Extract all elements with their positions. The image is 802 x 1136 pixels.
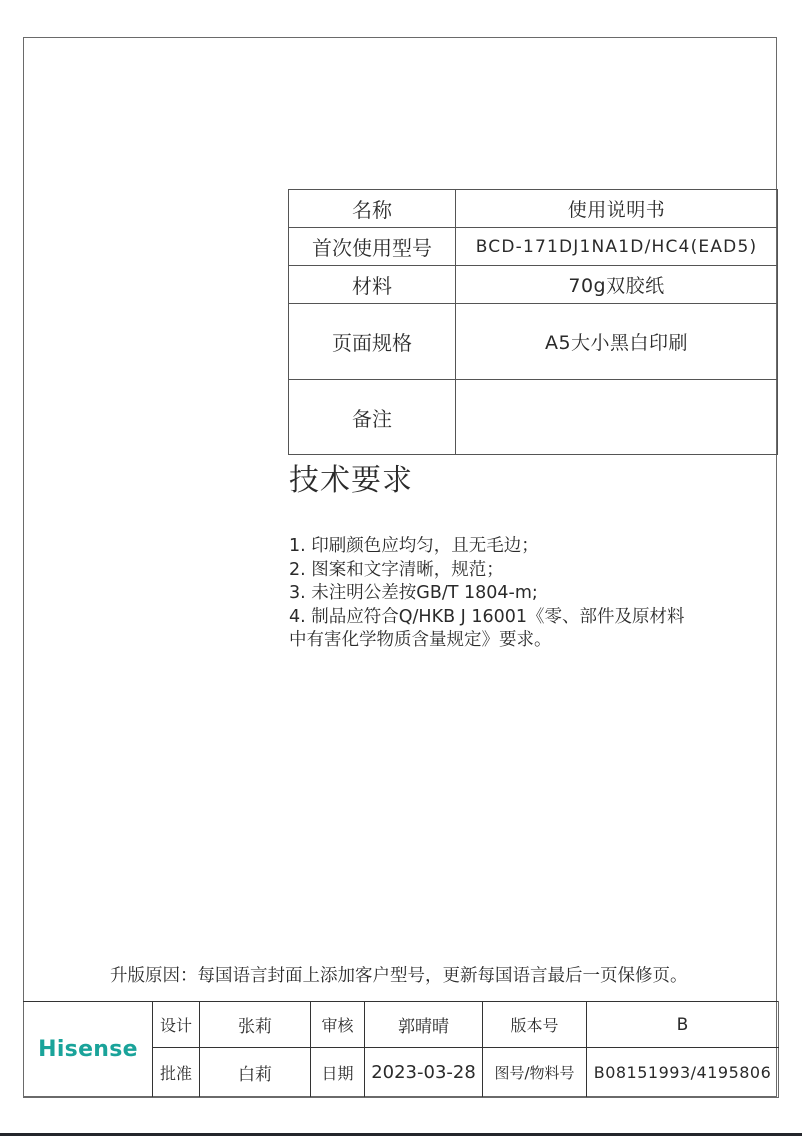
tech-requirements-list: 1. 印刷颜色应均匀，且无毛边； 2. 图案和文字清晰，规范； 3. 未注明公差… [289,535,749,653]
spec-value: 使用说明书 [456,190,778,228]
spec-row-model: 首次使用型号 BCD-171DJ1NA1D/HC4(EAD5) [289,228,778,266]
spec-row-material: 材料 70g双胶纸 [289,266,778,304]
version-value: B [587,1002,779,1048]
spec-label: 页面规格 [289,304,456,380]
spec-label: 材料 [289,266,456,304]
spec-value [456,380,778,455]
spec-label: 首次使用型号 [289,228,456,266]
title-block: Hisense 设计 张莉 审核 郭晴晴 版本号 B 批准 白莉 日期 2023… [23,1001,779,1098]
spec-value: 70g双胶纸 [456,266,778,304]
spec-value: A5大小黑白印刷 [456,304,778,380]
spec-label: 名称 [289,190,456,228]
date-label: 日期 [311,1048,365,1098]
spec-row-page-spec: 页面规格 A5大小黑白印刷 [289,304,778,380]
spec-table: 名称 使用说明书 首次使用型号 BCD-171DJ1NA1D/HC4(EAD5)… [288,189,778,455]
version-label: 版本号 [483,1002,587,1048]
approve-value: 白莉 [200,1048,311,1098]
list-item: 4. 制品应符合Q/HKB J 16001《零、部件及原材料 [289,606,749,630]
hisense-logo: Hisense [38,1037,138,1062]
list-item: 3. 未注明公差按GB/T 1804-m; [289,582,749,606]
spec-label: 备注 [289,380,456,455]
date-value: 2023-03-28 [365,1048,483,1098]
spec-value: BCD-171DJ1NA1D/HC4(EAD5) [456,228,778,266]
design-label: 设计 [153,1002,200,1048]
approve-label: 批准 [153,1048,200,1098]
review-label: 审核 [311,1002,365,1048]
tech-requirements-title: 技术要求 [289,455,413,499]
drawing-number-label: 图号/物料号 [483,1048,587,1098]
design-value: 张莉 [200,1002,311,1048]
revision-note: 升版原因：每国语言封面上添加客户型号，更新每国语言最后一页保修页。 [110,962,688,987]
spec-row-remarks: 备注 [289,380,778,455]
list-item: 1. 印刷颜色应均匀，且无毛边； [289,535,749,559]
logo-cell: Hisense [24,1002,153,1098]
spec-row-name: 名称 使用说明书 [289,190,778,228]
review-value: 郭晴晴 [365,1002,483,1048]
list-item: 中有害化学物质含量规定》要求。 [289,629,749,653]
drawing-number-value: B08151993/4195806 [587,1048,779,1098]
list-item: 2. 图案和文字清晰，规范； [289,559,749,583]
title-block-row-1: Hisense 设计 张莉 审核 郭晴晴 版本号 B [24,1002,779,1048]
